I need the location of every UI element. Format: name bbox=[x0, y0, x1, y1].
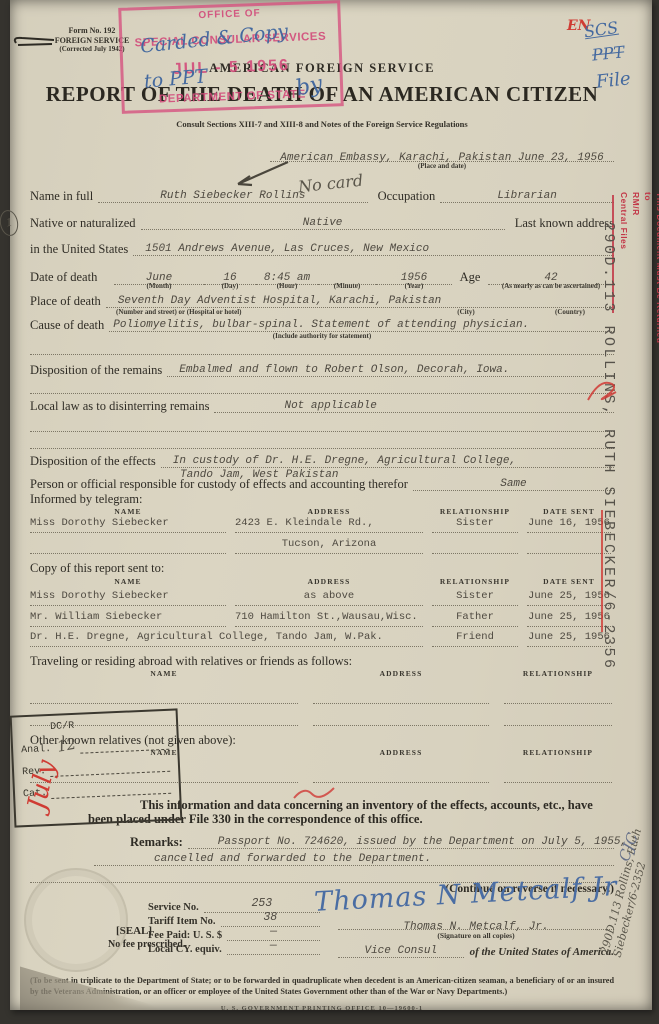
signature-typed: Thomas N. Metcalf, Jr. bbox=[403, 921, 548, 933]
remains-row: Disposition of the remains Embalmed and … bbox=[30, 361, 614, 377]
col-header-name: NAME bbox=[30, 507, 226, 516]
us-value: 1501 Andrews Avenue, Las Cruces, New Mex… bbox=[145, 242, 429, 256]
year-value: 1956 bbox=[401, 272, 427, 284]
remains-value: Embalmed and flown to Robert Olson, Deco… bbox=[179, 363, 509, 377]
cod-value: Poliomyelitis, bulbar-spinal. Statement … bbox=[113, 318, 529, 332]
vice-consul-line: Vice Consul bbox=[338, 939, 464, 958]
vice-consul-row: Vice Consul of the United States of Amer… bbox=[338, 944, 614, 958]
effects-row: Disposition of the effects In custody of… bbox=[30, 452, 614, 468]
cell-relationship bbox=[432, 537, 518, 554]
cell-date: June 25, 1956 bbox=[527, 589, 611, 606]
traveling-header-row: NAME ADDRESS RELATIONSHIP bbox=[30, 669, 614, 678]
col-header-relationship: RELATIONSHIP bbox=[504, 669, 612, 678]
red-pen-line bbox=[601, 510, 603, 632]
cell-relationship: Friend bbox=[432, 630, 518, 647]
disinter-row: Local law as to disinterring remains Not… bbox=[30, 397, 614, 413]
cell-name-address: Dr. H.E. Dregne, Agricultural College, T… bbox=[30, 630, 423, 647]
effects-label: Disposition of the effects bbox=[30, 454, 161, 468]
col-header-date-sent: DATE SENT bbox=[527, 577, 611, 586]
day-value: 16 bbox=[223, 272, 236, 284]
place-of-death-row: Place of death Seventh Day Adventist Hos… bbox=[30, 292, 614, 308]
month-value: June bbox=[146, 272, 172, 284]
cap-minute: (Minute) bbox=[318, 282, 376, 290]
pod-label: Place of death bbox=[30, 294, 106, 308]
person-line: Same bbox=[413, 474, 614, 491]
place-date-row: American Embassy, Karachi, Pakistan June… bbox=[30, 146, 614, 162]
pod-line: Seventh Day Adventist Hospital, Karachi,… bbox=[106, 291, 614, 308]
native-label: Native or naturalized bbox=[30, 216, 141, 230]
name-value: Ruth Siebecker Rollins bbox=[160, 189, 305, 203]
blank-line bbox=[30, 419, 614, 432]
disinter-label: Local law as to disinterring remains bbox=[30, 399, 214, 413]
person-value: Same bbox=[500, 477, 526, 491]
cell-address: Tucson, Arizona bbox=[235, 537, 423, 554]
return-to-stamp: This Document Must Be Returned to RM/R C… bbox=[618, 192, 659, 344]
pod-value: Seventh Day Adventist Hospital, Karachi,… bbox=[118, 294, 441, 308]
telegram-heading: Informed by telegram: bbox=[30, 493, 614, 506]
copies-header-row: NAME ADDRESS RELATIONSHIP DATE SENT bbox=[30, 577, 614, 586]
col-header-relationship: RELATIONSHIP bbox=[432, 507, 518, 516]
remains-label: Disposition of the remains bbox=[30, 363, 167, 377]
cell-date: June 16, 1956 bbox=[527, 516, 611, 533]
service-no-value: 253 bbox=[252, 897, 273, 910]
handwriting-ppt: PPT bbox=[591, 42, 625, 64]
return-stamp-line2: RM/R bbox=[630, 192, 642, 344]
cell-relationship: Sister bbox=[432, 516, 518, 533]
cell-relationship: Father bbox=[432, 610, 518, 627]
telegram-header-row: NAME ADDRESS RELATIONSHIP DATE SENT bbox=[30, 507, 614, 516]
handwriting-file: File bbox=[595, 68, 632, 93]
remarks-label: Remarks: bbox=[130, 835, 188, 849]
disinter-line: Not applicable bbox=[214, 396, 614, 413]
col-header-name: NAME bbox=[30, 669, 298, 678]
traveling-heading: Traveling or residing abroad with relati… bbox=[30, 655, 614, 668]
red-check-loop-icon bbox=[586, 376, 620, 406]
copies-row: Mr. William Siebecker 710 Hamilton St.,W… bbox=[30, 610, 614, 627]
signature-typed-line: Thomas N. Metcalf, Jr. bbox=[338, 915, 614, 930]
col-header-name: NAME bbox=[30, 577, 226, 586]
occupation-value: Librarian bbox=[497, 189, 556, 203]
telegram-row: Tucson, Arizona bbox=[30, 537, 614, 554]
tariff-row: Tariff Item No. 38 bbox=[148, 914, 320, 927]
cod-line: Poliomyelitis, bulbar-spinal. Statement … bbox=[109, 315, 614, 332]
copies-row: Miss Dorothy Siebecker as above Sister J… bbox=[30, 589, 614, 606]
col-header-relationship: RELATIONSHIP bbox=[504, 748, 612, 757]
name-label: Name in full bbox=[30, 189, 98, 203]
routing-dcr: DC/R bbox=[50, 717, 168, 733]
occupation-label: Occupation bbox=[368, 189, 441, 203]
us-address-row: in the United States 1501 Andrews Avenue… bbox=[30, 240, 614, 256]
remarks-row: Remarks: Passport No. 724620, issued by … bbox=[130, 833, 614, 849]
cell-name: Mr. William Siebecker bbox=[30, 610, 226, 627]
cell-date bbox=[527, 537, 611, 554]
us-label: in the United States bbox=[30, 242, 133, 256]
fee-paid-value: — bbox=[270, 925, 277, 938]
local-cy-label: Local CY. equiv. bbox=[148, 944, 227, 955]
local-cy-value: — bbox=[270, 939, 277, 952]
form-body: AMERICAN FOREIGN SERVICE REPORT OF THE D… bbox=[30, 0, 614, 1012]
pencil-arrow-icon bbox=[228, 158, 292, 190]
blank-line bbox=[30, 436, 614, 449]
effects-value1: In custody of Dr. H.E. Dregne, Agricultu… bbox=[173, 454, 516, 468]
col-header-date-sent: DATE SENT bbox=[527, 507, 611, 516]
col-header-relationship: RELATIONSHIP bbox=[432, 577, 518, 586]
date-captions-row: (Month) (Day) (Hour) (Minute) (Year) (As… bbox=[30, 282, 614, 290]
place-date-line: American Embassy, Karachi, Pakistan June… bbox=[270, 146, 614, 162]
cell-name bbox=[30, 537, 226, 554]
cap-authority: (Include authority for statement) bbox=[30, 332, 614, 340]
last-known-label: Last known address bbox=[505, 216, 614, 230]
telegram-row: Miss Dorothy Siebecker 2423 E. Kleindale… bbox=[30, 516, 614, 533]
document-paper: Form No. 192 FOREIGN SERVICE (Corrected … bbox=[10, 0, 652, 1010]
service-no-row: Service No. 253 bbox=[148, 900, 320, 913]
cause-of-death-row: Cause of death Poliomyelitis, bulbar-spi… bbox=[30, 316, 614, 332]
us-line: 1501 Andrews Avenue, Las Cruces, New Mex… bbox=[133, 239, 614, 256]
cell-address: as above bbox=[235, 589, 423, 606]
col-header-address: ADDRESS bbox=[313, 669, 489, 678]
file-number-vertical: 290D.113 ROLLINS, RUTH SIEBECKER/6-2356 bbox=[600, 222, 617, 671]
copies-row: Dr. H.E. Dregne, Agricultural College, T… bbox=[30, 630, 614, 647]
title-suffix: of the United States of America. bbox=[470, 946, 614, 958]
fee-column: Service No. 253 Tariff Item No. 38 Fee P… bbox=[148, 899, 320, 958]
cell-name: Miss Dorothy Siebecker bbox=[30, 589, 226, 606]
embossed-seal bbox=[24, 868, 128, 972]
blank-line bbox=[30, 381, 614, 394]
distribution-instructions: (To be sent in triplicate to the Departm… bbox=[30, 976, 614, 997]
col-header-address: ADDRESS bbox=[313, 748, 489, 757]
separator-line bbox=[30, 346, 614, 355]
local-cy-line: — bbox=[227, 941, 320, 955]
cell-date: June 25, 1956 bbox=[527, 610, 611, 627]
native-value: Native bbox=[303, 216, 343, 230]
traveling-empty-row bbox=[30, 690, 614, 704]
tariff-value: 38 bbox=[263, 911, 277, 924]
place-date-value: American Embassy, Karachi, Pakistan June… bbox=[280, 152, 603, 164]
col-header-address: ADDRESS bbox=[235, 577, 423, 586]
scanned-document-page: { "header": { "form_no": "Form No. 192",… bbox=[0, 0, 659, 1024]
red-scribble-icon bbox=[292, 784, 336, 802]
cell-relationship: Sister bbox=[432, 589, 518, 606]
remains-line: Embalmed and flown to Robert Olson, Deco… bbox=[167, 360, 614, 377]
copies-heading: Copy of this report sent to: bbox=[30, 562, 614, 575]
stamp-line-office: OFFICE OF bbox=[121, 5, 337, 24]
paperclip-mark-icon bbox=[12, 34, 56, 50]
cell-name: Miss Dorothy Siebecker bbox=[30, 516, 226, 533]
remarks-value1: Passport No. 724620, issued by the Depar… bbox=[218, 835, 627, 849]
service-no-line: 253 bbox=[204, 899, 320, 913]
service-no-label: Service No. bbox=[148, 902, 204, 913]
effects-line: In custody of Dr. H.E. Dregne, Agricultu… bbox=[161, 451, 614, 468]
date-of-death-row: Date of death June 16 8:45 am 1956 Age 4… bbox=[30, 266, 614, 282]
age-value: 42 bbox=[544, 272, 557, 284]
remarks-line2: cancelled and forwarded to the Departmen… bbox=[94, 849, 614, 866]
remarks-value2: cancelled and forwarded to the Departmen… bbox=[154, 852, 431, 866]
native-line: Native bbox=[141, 213, 505, 230]
cell-date: June 25, 1956 bbox=[527, 630, 611, 647]
fee-paid-label: Fee Paid: U. S. $ bbox=[148, 930, 227, 941]
disinter-value: Not applicable bbox=[284, 399, 376, 413]
remarks-line1: Passport No. 724620, issued by the Depar… bbox=[188, 832, 614, 849]
effects-value2: Tando Jam, West Pakistan bbox=[180, 470, 338, 481]
cell-address: 710 Hamilton St.,Wausau,Wisc. bbox=[235, 610, 423, 627]
signature-column: Thomas N Metcalf Jr Thomas N. Metcalf, J… bbox=[320, 899, 614, 958]
remarks-row2: cancelled and forwarded to the Departmen… bbox=[94, 851, 614, 866]
col-header-address: ADDRESS bbox=[235, 507, 423, 516]
cell-address: 2423 E. Kleindale Rd., bbox=[235, 516, 423, 533]
hour-value: 8:45 am bbox=[264, 272, 310, 284]
vice-consul-value: Vice Consul bbox=[364, 945, 437, 957]
return-stamp-line3: Central Files bbox=[618, 192, 630, 344]
occupation-line: Librarian bbox=[440, 186, 614, 203]
return-stamp-line1: This Document Must Be Returned to bbox=[642, 192, 659, 344]
hour-line: 8:45 am bbox=[256, 266, 318, 285]
fee-paid-row: Fee Paid: U. S. $ — bbox=[148, 928, 320, 941]
native-row: Native or naturalized Native Last known … bbox=[30, 214, 614, 230]
consult-note: Consult Sections XIII-7 and XIII-8 and N… bbox=[30, 120, 614, 129]
tariff-label: Tariff Item No. bbox=[148, 916, 221, 927]
cod-label: Cause of death bbox=[30, 318, 109, 332]
local-cy-row: Local CY. equiv. — bbox=[148, 942, 320, 955]
